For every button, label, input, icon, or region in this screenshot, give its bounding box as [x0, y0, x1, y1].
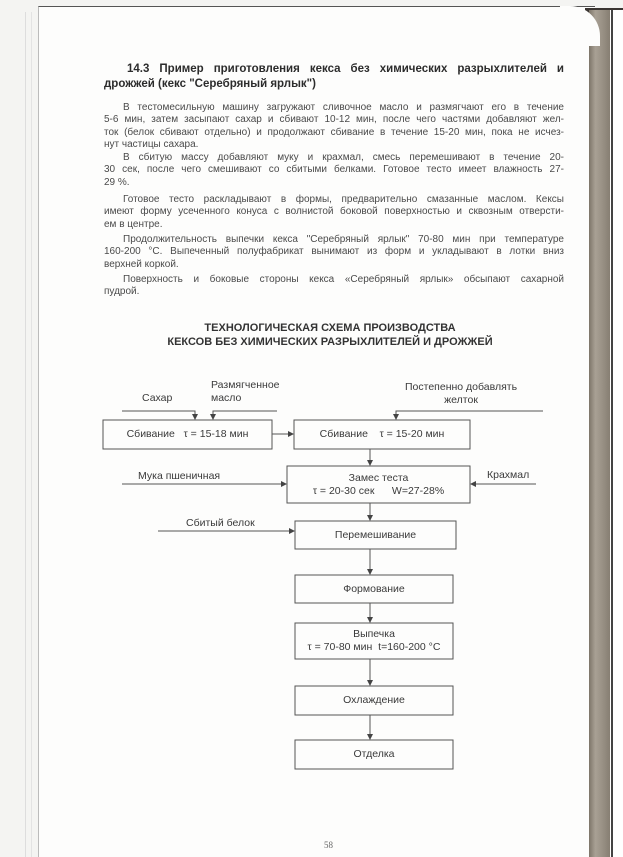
input-label-butter: Размягченное масло — [211, 379, 280, 404]
input-label-yolk: Постепенно добавлять желток — [405, 381, 517, 406]
step-label: Выпечка τ = 70-80 мин t=160-200 °С — [295, 623, 453, 659]
step-label-line: Выпечка — [353, 628, 395, 641]
step-label: Формование — [295, 575, 453, 603]
step-label: Отделка — [295, 740, 453, 769]
step-label: Охлаждение — [295, 686, 453, 715]
input-label-starch: Крахмал — [487, 469, 529, 482]
input-label-line: желток — [405, 394, 517, 407]
step-label-line: Замес теста — [349, 472, 409, 485]
input-label-whipped-white: Сбитый белок — [186, 517, 255, 530]
input-label-line: Размягченное — [211, 379, 280, 392]
input-label-sugar: Сахар — [142, 392, 172, 405]
step-label: Сбивание τ = 15-20 мин — [294, 420, 470, 449]
step-label: Замес теста τ = 20-30 сек W=27-28% — [287, 466, 470, 503]
step-label: Перемешивание — [295, 521, 456, 549]
input-label-line: Постепенно добавлять — [405, 381, 517, 394]
step-label-line: τ = 20-30 сек W=27-28% — [313, 485, 444, 498]
input-label-line: масло — [211, 392, 280, 405]
step-label: Сбивание τ = 15-18 мин — [103, 420, 272, 449]
page-number: 58 — [324, 840, 333, 850]
input-label-flour: Мука пшеничная — [138, 470, 220, 483]
step-label-line: τ = 70-80 мин t=160-200 °С — [308, 641, 441, 654]
